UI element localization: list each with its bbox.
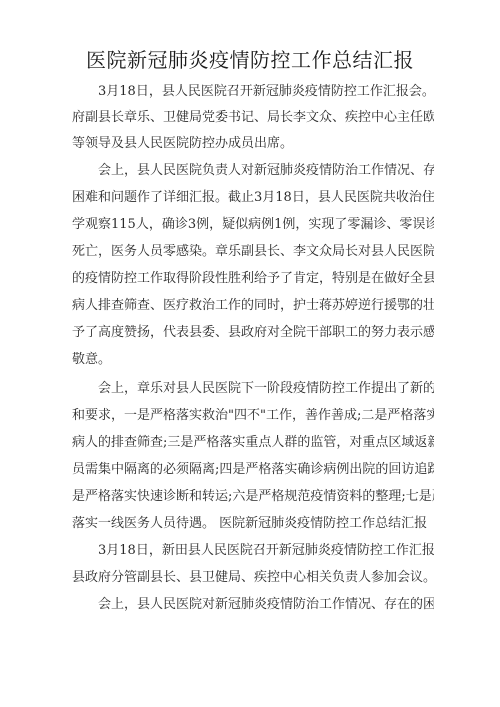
- paragraph-line: 病人的排查筛查;三是严格落实重点人群的监管，对重点区域返新人: [72, 431, 434, 455]
- paragraph-line: 是严格落实快速诊断和转运;六是严格规范疫情资料的整理;七是严格: [72, 485, 434, 509]
- paragraph-line: 等领导及县人民医院防控办成员出席。: [72, 132, 434, 156]
- paragraph-line: 会上，县人民医院负责人对新冠肺炎疫情防治工作情况、存在的: [98, 159, 434, 183]
- paragraph-line: 敬意。: [72, 348, 434, 372]
- paragraph-line: 的疫情防控工作取得阶段性胜利给予了肯定，特别是在做好全县发 热: [72, 267, 434, 291]
- paragraph-line: 3月18日，新田县人民医院召开新冠肺炎疫情防控工作汇报会。: [98, 539, 434, 563]
- document-page: 医院新冠肺炎疫情防控工作总结汇报 3月18日，县人民医院召开新冠肺炎疫情防控工作…: [0, 0, 500, 707]
- paragraph-line: 会上，县人民医院对新冠肺炎疫情防治工作情况、存在的困难和: [98, 593, 434, 617]
- paragraph-line: 落实一线医务人员待遇。 医院新冠肺炎疫情防控工作总结汇报: [72, 512, 434, 536]
- paragraph-line: 学观察115人，确诊3例，疑似病例1例，实现了零漏诊、零误诊、 零: [72, 213, 434, 237]
- paragraph-line: 死亡，医务人员零感染。章乐副县长、李文众局长对县人民医院前 期: [72, 240, 434, 264]
- paragraph-line: 3月18日，县人民医院召开新冠肺炎疫情防控工作汇报会。县 政: [98, 80, 434, 104]
- paragraph-line: 府副县长章乐、卫健局党委书记、局长李文众、疾控中心主任欧阳 乐: [72, 106, 434, 130]
- paragraph-line: 予了高度赞扬，代表县委、县政府对全院干部职工的努力表示感谢 和: [72, 321, 434, 345]
- paragraph-line: 县政府分管副县长、县卫健局、疾控中心相关负责人参加会议。: [72, 566, 434, 590]
- paragraph-line: 和要求，一是严格落实救治"四不"工作，善作善成;二是严格落实发热: [72, 404, 434, 428]
- document-title: 医院新冠肺炎疫情防控工作总结汇报: [0, 46, 500, 74]
- paragraph-line: 困难和问题作了详细汇报。截止3月18日，县人民医院共收治住院 医: [72, 186, 434, 210]
- paragraph-line: 病人排查筛查、医疗救治工作的同时，护士蒋苏婷逆行援鄂的壮举 给: [72, 294, 434, 318]
- paragraph-line: 员需集中隔离的必须隔离;四是严格落实确诊病例出院的回访追踪;五: [72, 458, 434, 482]
- paragraph-line: 会上，章乐对县人民医院下一阶段疫情防控工作提出了新的希望: [98, 377, 434, 401]
